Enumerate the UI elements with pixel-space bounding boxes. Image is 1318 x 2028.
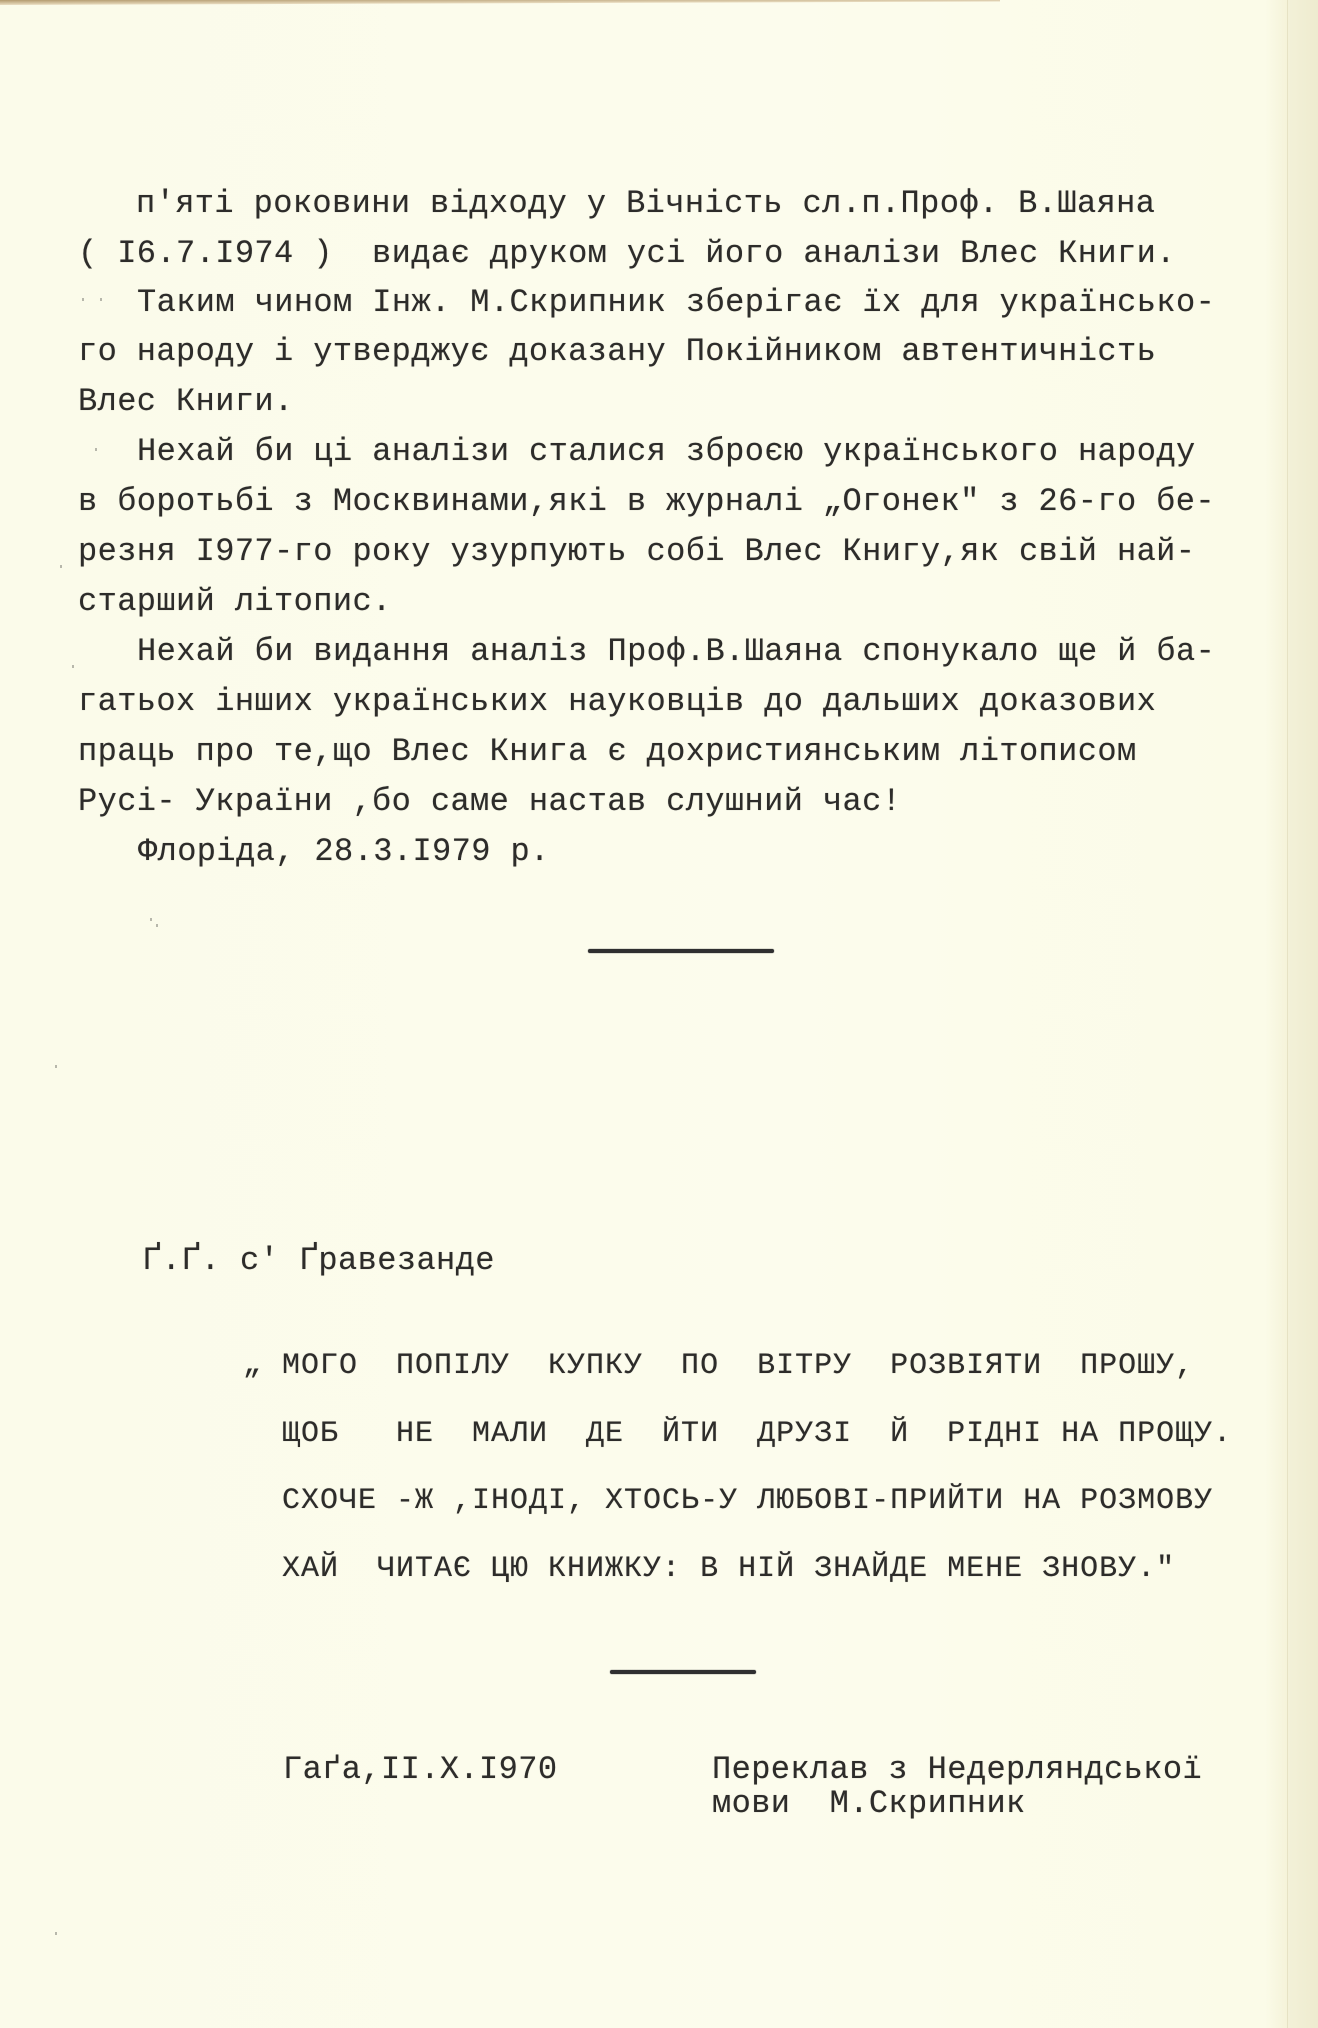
- paragraph-4-line-4: Русі- України ,бо саме настав слушний ча…: [78, 782, 901, 822]
- scan-speck: [156, 924, 158, 927]
- paragraph-2-line-2: го народу і утверджує доказану Покійнико…: [78, 332, 1156, 372]
- scan-speck: [60, 565, 62, 568]
- signature-place-date: Гаґа,II.X.I970: [283, 1750, 557, 1790]
- place-date: Флоріда, 28.3.I979 р.: [138, 832, 550, 872]
- paragraph-4-line-3: праць про те,що Влес Книга є дохристиянс…: [78, 732, 1137, 772]
- paragraph-4-line-2: гатьох інших українських науковців до да…: [78, 682, 1156, 722]
- translator-credit-line-2: мови М.Скрипник: [712, 1784, 1026, 1824]
- quote-line-2: ЩОБ НЕ МАЛИ ДЕ ЙТИ ДРУЗІ Й РІДНІ НА ПРОЩ…: [282, 1414, 1232, 1454]
- paragraph-3-line-4: старший літопис.: [78, 582, 392, 622]
- paragraph-2-line-3: Влес Книги.: [78, 382, 294, 422]
- quote-open-mark: „: [243, 1345, 262, 1385]
- paragraph-1-line-1: п'яті роковини відходу у Вічність сл.п.П…: [136, 184, 1155, 224]
- scan-speck: [55, 1932, 57, 1935]
- paragraph-3-line-1: Нехай би ці аналізи сталися зброєю украї…: [137, 432, 1196, 472]
- binding-edge: [1287, 0, 1318, 2028]
- separator-line: [610, 1670, 756, 1674]
- paragraph-3-line-3: резня I977-го року узурпують собі Влес К…: [78, 532, 1195, 572]
- separator-line: [588, 949, 774, 953]
- scan-speck: [95, 448, 97, 451]
- quote-line-1: МОГО ПОПІЛУ КУПКУ ПО ВІТРУ РОЗВІЯТИ ПРОШ…: [282, 1346, 1194, 1386]
- scan-speck: [72, 665, 74, 668]
- paragraph-3-line-2: в боротьбі з Москвинами,які в журналі „О…: [78, 482, 1215, 522]
- quote-line-3: СХОЧЕ -Ж ,ІНОДІ, ХТОСЬ-У ЛЮБОВІ-ПРИЙТИ Н…: [282, 1481, 1213, 1521]
- paragraph-1-line-2: ( I6.7.I974 ) видає друком усі його анал…: [78, 234, 1176, 274]
- quote-line-4: ХАЙ ЧИТАЄ ЦЮ КНИЖКУ: В НІЙ ЗНАЙДЕ МЕНЕ З…: [282, 1549, 1175, 1589]
- scan-speck: [150, 918, 152, 921]
- scan-speck: [82, 298, 84, 301]
- paragraph-2-line-1: Таким чином Інж. М.Скрипник зберігає їх …: [137, 283, 1215, 323]
- paragraph-4-line-1: Нехай би видання аналіз Проф.В.Шаяна спо…: [137, 632, 1215, 672]
- quote-author: Ґ.Ґ. с' Ґравезанде: [142, 1241, 495, 1281]
- scan-speck: [55, 1065, 57, 1068]
- scan-speck: [100, 298, 102, 301]
